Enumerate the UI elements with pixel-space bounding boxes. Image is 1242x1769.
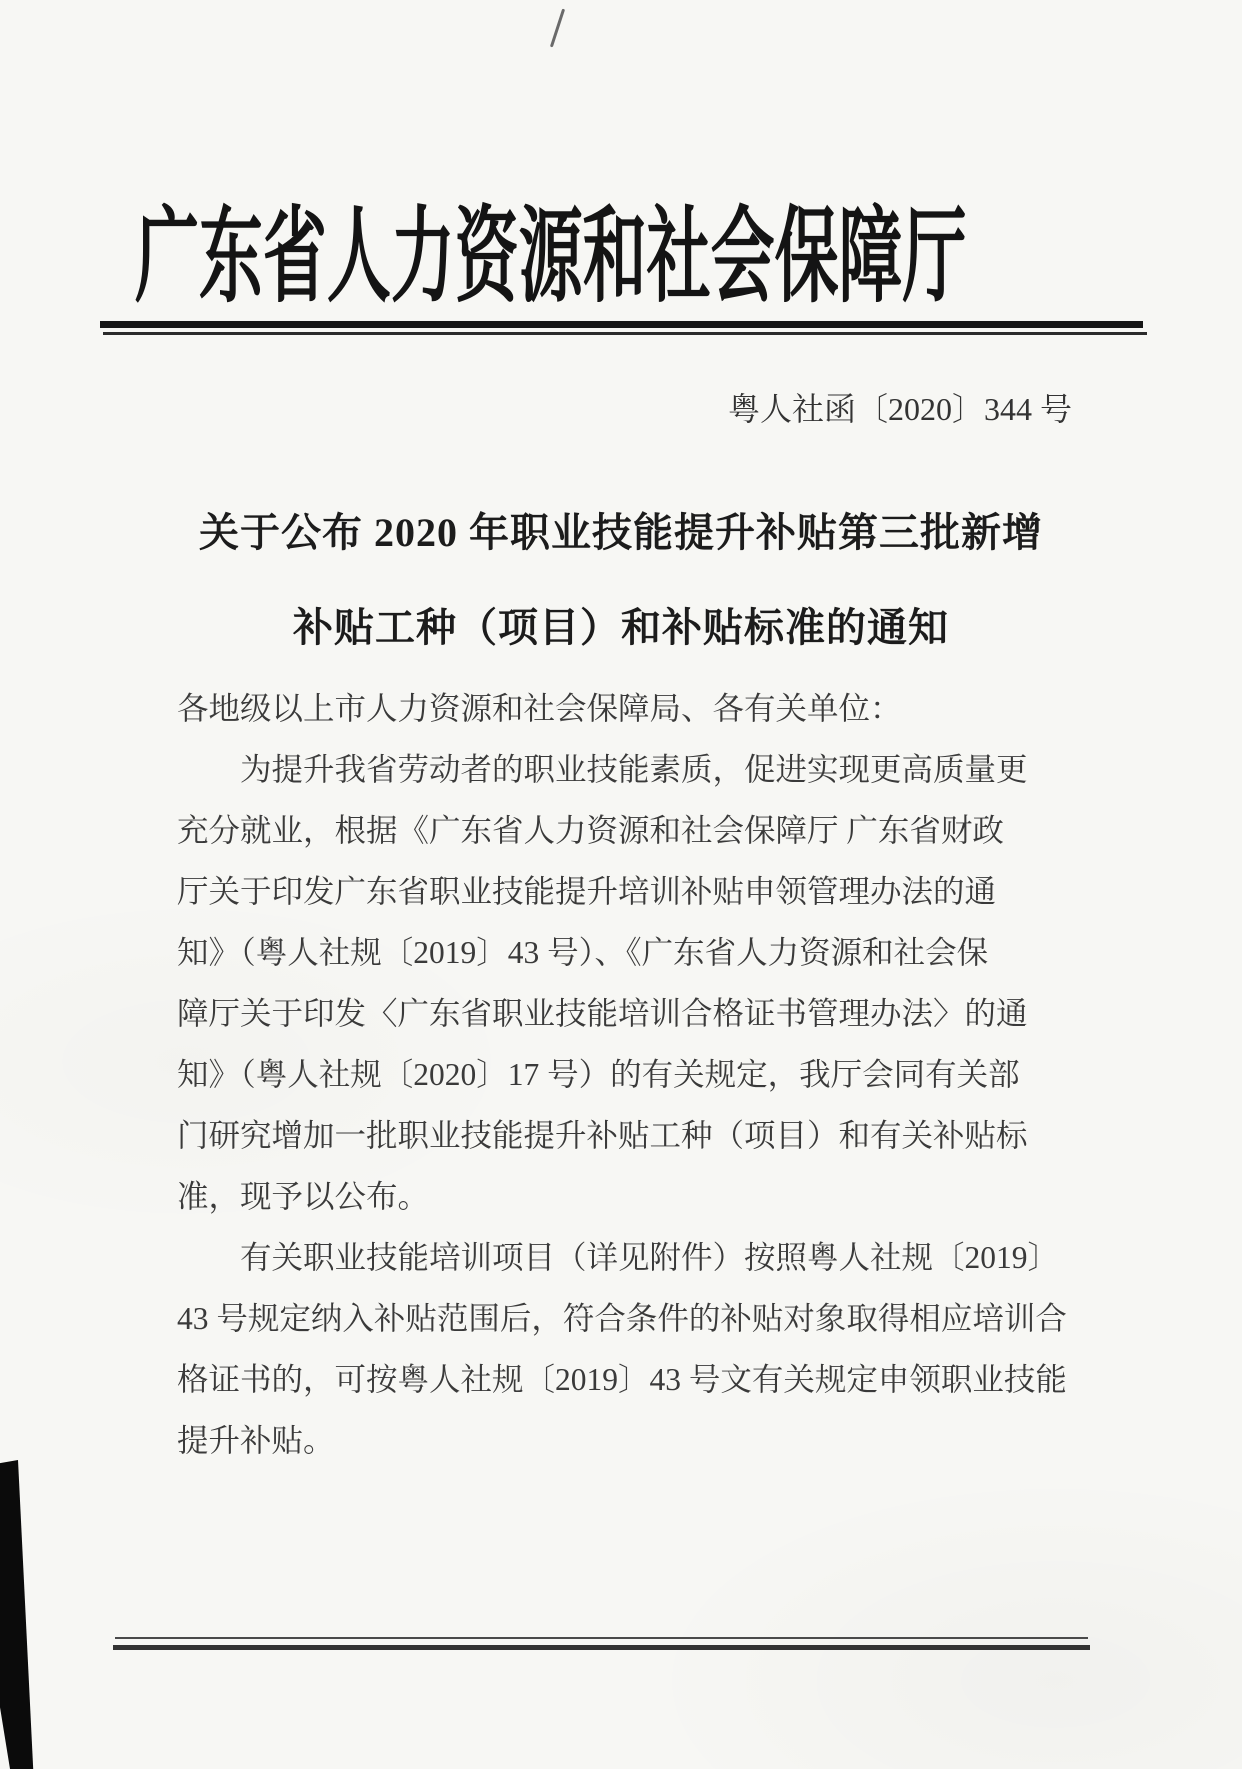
scan-artifact-black-wedge bbox=[0, 1460, 40, 1769]
letterhead-rule-thick bbox=[100, 321, 1143, 328]
document-number: 粤人社函〔2020〕344 号 bbox=[728, 384, 1072, 430]
body-line: 有关职业技能培训项目（详见附件）按照粤人社规〔2019〕 bbox=[177, 1227, 1057, 1288]
body-line-salutation: 各地级以上市人力资源和社会保障局、各有关单位： bbox=[177, 678, 1057, 739]
body-line: 障厅关于印发〈广东省职业技能培训合格证书管理办法〉的通 bbox=[177, 983, 1057, 1044]
body-line: 厅关于印发广东省职业技能提升培训补贴申领管理办法的通 bbox=[177, 861, 1057, 922]
footer-rule-thin bbox=[115, 1637, 1088, 1639]
body-line: 充分就业，根据《广东省人力资源和社会保障厅 广东省财政 bbox=[177, 800, 1057, 861]
body-line: 提升补贴。 bbox=[177, 1410, 1057, 1471]
document-body: 各地级以上市人力资源和社会保障局、各有关单位： 为提升我省劳动者的职业技能素质，… bbox=[177, 678, 1057, 1471]
body-line: 格证书的，可按粤人社规〔2019〕43 号文有关规定申领职业技能 bbox=[177, 1349, 1057, 1410]
scanned-document-page: 广东省人力资源和社会保障厅 粤人社函〔2020〕344 号 关于公布 2020 … bbox=[0, 0, 1242, 1769]
body-line: 为提升我省劳动者的职业技能素质，促进实现更高质量更 bbox=[177, 739, 1057, 800]
scan-artifact-slash-mark bbox=[550, 9, 565, 48]
notice-title-line-2: 补贴工种（项目）和补贴标准的通知 bbox=[0, 596, 1242, 653]
notice-title-line-1: 关于公布 2020 年职业技能提升补贴第三批新增 bbox=[0, 501, 1242, 558]
body-line: 门研究增加一批职业技能提升补贴工种（项目）和有关补贴标 bbox=[177, 1105, 1057, 1166]
body-line: 知》（粤人社规〔2020〕17 号）的有关规定，我厅会同有关部 bbox=[177, 1044, 1057, 1105]
letterhead-agency-name: 广东省人力资源和社会保障厅 bbox=[135, 203, 966, 312]
footer-rule-thick bbox=[113, 1645, 1090, 1650]
letterhead-rule-thin bbox=[103, 332, 1147, 335]
body-line: 准，现予以公布。 bbox=[177, 1166, 1057, 1227]
body-line: 知》（粤人社规〔2019〕43 号）、《广东省人力资源和社会保 bbox=[177, 922, 1057, 983]
body-line: 43 号规定纳入补贴范围后，符合条件的补贴对象取得相应培训合 bbox=[177, 1288, 1057, 1349]
